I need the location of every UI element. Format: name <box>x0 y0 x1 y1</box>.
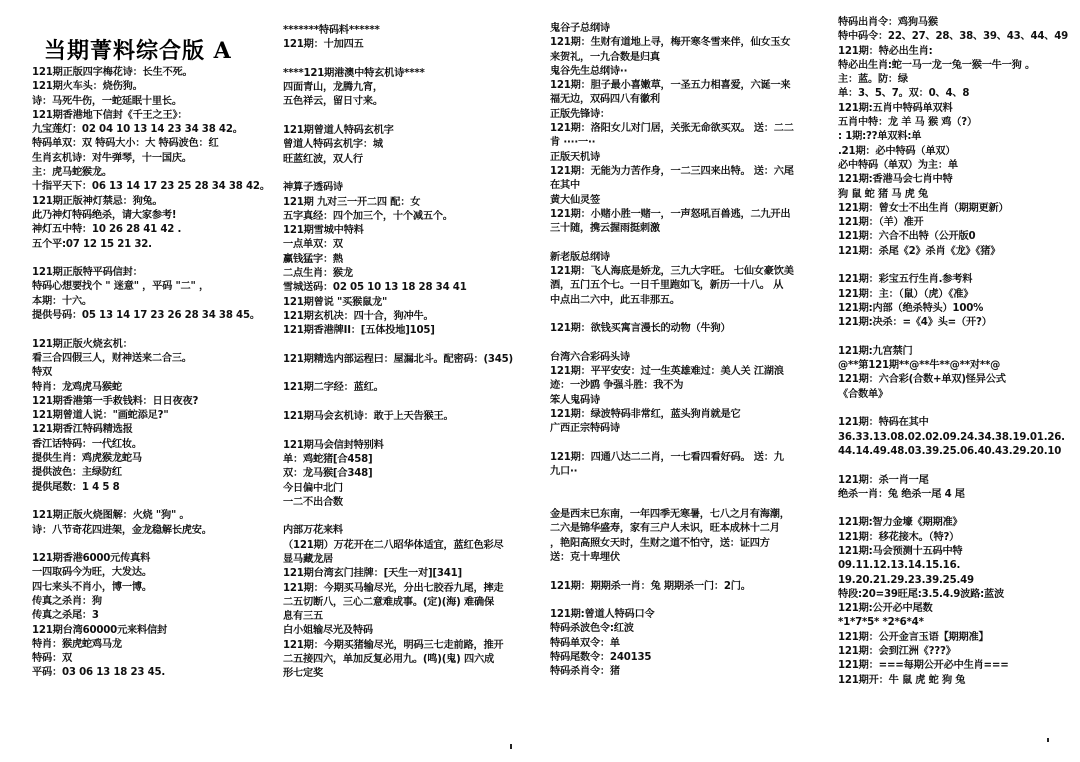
spacer <box>550 236 800 250</box>
text-line: 121期正版神灯禁忌：狗兔。 <box>32 195 272 209</box>
text-line: 121期香港第一手救钱料：日日夜夜? <box>32 395 272 409</box>
text-line: 雪城送码：02 05 10 13 18 28 34 41 <box>283 281 538 295</box>
text-line: 酒，五门五个七。一日千里跑如飞，新历一十八。 从 <box>550 279 800 293</box>
text-line: 121期曾道人特码玄机字 <box>283 124 538 138</box>
text-line: 诗：马死牛伤，一蛇延眠十里长。 <box>32 95 272 109</box>
text-line: 121期:五肖中特码单双料 <box>838 102 1078 116</box>
text-line: 诗：八节奇花四进架，金龙稳解长虎安。 <box>32 524 272 538</box>
text-line: 赢钱猛字：熱 <box>283 253 538 267</box>
text-line: 本期：十六。 <box>32 295 272 309</box>
text-line: 121期：生财有道地上寻，梅开寒冬雪来伴，仙女玉女 <box>550 36 800 50</box>
text-line: 121期:马会预测十五码中特 <box>838 545 1078 559</box>
spacer <box>550 594 800 608</box>
text-line: 121期正版火烧玄机： <box>32 338 272 352</box>
text-line: 36.33.13.08.02.02.09.24.34.38.19.01.26. <box>838 431 1078 445</box>
text-line: 笨人鬼码诗 <box>550 394 800 408</box>
text-line: 121期 九对三一开二四 配：女 <box>283 196 538 210</box>
text-line: 平码：03 06 13 18 23 45. <box>32 666 272 680</box>
text-line: 特码杀波色令:红波 <box>550 622 800 636</box>
text-line: 121期精选内部运程曰：屋漏北斗。配密码：(345) <box>283 353 538 367</box>
text-line: 121期：欲钱买寓言漫长的动物（牛狗） <box>550 322 800 336</box>
text-line: 09.11.12.13.14.15.16. <box>838 559 1078 573</box>
spacer <box>550 437 800 451</box>
text-line: 五色祥云，留日寸来。 <box>283 95 538 109</box>
spacer <box>32 323 272 337</box>
text-line: 特码出肖令：鸡狗马猴 <box>838 16 1078 30</box>
spacer <box>283 339 538 353</box>
text-line: 121期：期期杀一肖：兔 期期杀一门：2门。 <box>550 580 800 594</box>
text-line: 121期香港牌II：[五体投地]105] <box>283 324 538 338</box>
spacer <box>283 424 538 438</box>
text-line: 形七定奖 <box>283 667 538 681</box>
text-line: 提供尾数：1 4 5 8 <box>32 481 272 495</box>
text-line: 特码杀肖令：猪 <box>550 665 800 679</box>
text-line: 121期香港6000元传真料 <box>32 552 272 566</box>
column-1: 121期正版四字梅花诗：长生不死。121期火车头：烧伤狗。诗：马死牛伤，一蛇延眠… <box>32 66 272 681</box>
text-line: 121期：飞人海底是娇龙，三九大字旺。 七仙女豪饮美 <box>550 265 800 279</box>
text-line: 必中特码（单双）为主：单 <box>838 159 1078 173</box>
text-line: 121期：曾女士不出生肖（期期更新） <box>838 202 1078 216</box>
text-line: 看三合四假三人，财神送来二合三。 <box>32 352 272 366</box>
text-line: 一二不出合数 <box>283 496 538 510</box>
text-line: 福无边，双码四八有徽利 <box>550 93 800 107</box>
text-line: 121期：四通八达二二肖，一七看四看好码。 送：九 <box>550 451 800 465</box>
text-line: 特码单双：双 特码大小：大 特码波色：红 <box>32 137 272 151</box>
text-line: 121期开：牛 鼠 虎 蛇 狗 兔 <box>838 674 1078 688</box>
text-line: 旺蓝红波，双人行 <box>283 153 538 167</box>
text-line: 九宝莲灯：02 04 10 13 14 23 34 38 42。 <box>32 123 272 137</box>
text-line: 来贺礼，一九合数是归真 <box>550 51 800 65</box>
column-2: *******特码料******121期：十加四五****121期港澳中特玄机诗… <box>283 24 538 682</box>
spacer <box>838 331 1078 345</box>
text-line: 121期：杀尾《2》杀肖《龙》《猪》 <box>838 245 1078 259</box>
text-line: 121期正版特平码信封： <box>32 266 272 280</box>
text-line: 中点出二六中，此五非那五。 <box>550 294 800 308</box>
text-line: *1*7*5* *2*6*4* <box>838 616 1078 630</box>
spacer <box>283 53 538 67</box>
text-line: 四七来头不肖小，博一博。 <box>32 581 272 595</box>
text-line: 121期：会到江洲《???》 <box>838 645 1078 659</box>
text-line: 神算子透码诗 <box>283 181 538 195</box>
text-line: 送：克十卑埋伏 <box>550 551 800 565</box>
spacer <box>32 495 272 509</box>
text-line: 121期：无能为力苦作身，一二三四来出特。 送：六尾 <box>550 165 800 179</box>
text-line: 广西正宗特码诗 <box>550 422 800 436</box>
text-line: *******特码料****** <box>283 24 538 38</box>
text-line: 《合数单》 <box>838 388 1078 402</box>
text-line: 121期：移花接木。（特?） <box>838 531 1078 545</box>
text-line: 传真之杀尾：3 <box>32 609 272 623</box>
text-line: 121期台湾玄门挂牌：[天生一对][341] <box>283 567 538 581</box>
text-line: 曾道人特码玄机字：城 <box>283 138 538 152</box>
text-line: 五字真经：四个加三个，十个减五个。 <box>283 210 538 224</box>
text-line: 五肖中特：龙 羊 马 猴 鸡（?） <box>838 116 1078 130</box>
text-line: 显马藏龙居 <box>283 553 538 567</box>
text-line: 三十随，携云握雨挺刺激 <box>550 222 800 236</box>
spacer <box>283 396 538 410</box>
text-line: 121期台湾60000元来料信封 <box>32 624 272 638</box>
text-line: 121期：平平安安：过一生英雄难过：美人关 江湖浪 <box>550 365 800 379</box>
text-line: 121期曾道人说："画蛇添足?" <box>32 409 272 423</box>
text-line: 特双 <box>32 366 272 380</box>
text-line: 121期：小赌小胜一赌一，一声怒吼百兽逃，二九开出 <box>550 208 800 222</box>
text-line: ，艳阳高照女天时，生财之道不怕守，送：证四方 <box>550 537 800 551</box>
text-line: 121期：胆子最小喜嫩草，一圣五力相喜爱，六诞一来 <box>550 79 800 93</box>
text-line: 二点生肖：猴龙 <box>283 267 538 281</box>
text-line: 121期：杀一肖一尾 <box>838 474 1078 488</box>
text-line: 正版天机诗 <box>550 151 800 165</box>
text-line: 台湾六合彩码头诗 <box>550 351 800 365</box>
text-line: 特段:20=39旺尾:3.5.4.9波路:蓝波 <box>838 588 1078 602</box>
text-line: 正版先锋诗： <box>550 108 800 122</box>
text-line: 主：蓝。防：绿 <box>838 73 1078 87</box>
text-line: 121期:曾道人特码口令 <box>550 608 800 622</box>
text-line: 鬼谷先生总纲诗·· <box>550 65 800 79</box>
spacer <box>838 402 1078 416</box>
text-line: 121期正版四字梅花诗：长生不死。 <box>32 66 272 80</box>
text-line: 121期：特必出生肖: <box>838 45 1078 59</box>
text-line: 神灯五中特：10 26 28 41 42 . <box>32 223 272 237</box>
text-line: 一四取码今为旺，大发达。 <box>32 566 272 580</box>
text-line: 121期：十加四五 <box>283 38 538 52</box>
text-line: 提供波色：主绿防红 <box>32 466 272 480</box>
text-line: 息有三五 <box>283 610 538 624</box>
text-line: 121期二字经：蓝红。 <box>283 381 538 395</box>
text-line: 121期:九宫禁门 <box>838 345 1078 359</box>
newspaper-page: 当期菁料综合版 A 121期正版四字梅花诗：长生不死。121期火车头：烧伤狗。诗… <box>0 0 1080 762</box>
text-line: 生肖玄机诗：对牛弹琴，十一国庆。 <box>32 152 272 166</box>
text-line: 121期：（羊）准开 <box>838 216 1078 230</box>
scan-speck <box>510 744 512 749</box>
text-line: 单：鸡蛇猪[合458] <box>283 453 538 467</box>
column-3: 鬼谷子总纲诗121期：生财有道地上寻，梅开寒冬雪来伴，仙女玉女来贺礼，一九合数是… <box>550 22 800 680</box>
text-line: 内部万花来料 <box>283 524 538 538</box>
spacer <box>283 110 538 124</box>
text-line: 五个平:07 12 15 21 32. <box>32 238 272 252</box>
spacer <box>550 565 800 579</box>
text-line: 121期：特码在其中 <box>838 416 1078 430</box>
text-line: @**第121期**@**牛**@**对**@ <box>838 359 1078 373</box>
page-title: 当期菁料综合版 A <box>44 34 232 65</box>
text-line: 特必出生肖:蛇一马一龙一兔一猴一牛一狗 。 <box>838 59 1078 73</box>
scan-speck <box>1047 738 1049 742</box>
spacer <box>283 167 538 181</box>
text-line: 121期:内部（绝杀特头）100% <box>838 302 1078 316</box>
spacer <box>550 337 800 351</box>
text-line: （121期）万花开在二八昭华体适宜，蓝红色彩尽 <box>283 539 538 553</box>
spacer <box>283 367 538 381</box>
text-line: 在其中 <box>550 179 800 193</box>
text-line: 白小姐输尽光及特码 <box>283 624 538 638</box>
spacer <box>838 502 1078 516</box>
text-line: 121期香港地下信封《千王之王》： <box>32 109 272 123</box>
text-line: 121期：公开金言玉语【期期准】 <box>838 631 1078 645</box>
text-line: 121期马会信封特别料 <box>283 439 538 453</box>
text-line: 121期：今期买猪输尽光，明码三七走前路，推开 <box>283 639 538 653</box>
spacer <box>32 252 272 266</box>
text-line: 鬼谷子总纲诗 <box>550 22 800 36</box>
text-line: 双：龙马猴[合348] <box>283 467 538 481</box>
text-line: 二六是锦华盛寿，家有三户人未识，旺本成林十二月 <box>550 522 800 536</box>
spacer <box>838 259 1078 273</box>
text-line: 121期:香港马会七肖中特 <box>838 173 1078 187</box>
text-line: 特肖：猴虎蛇鸡马龙 <box>32 638 272 652</box>
text-line: 十指平天下：06 13 14 17 23 25 28 34 38 42。 <box>32 180 272 194</box>
text-line: 今日偏中北门 <box>283 482 538 496</box>
text-line: 黄大仙灵签 <box>550 194 800 208</box>
text-line: 香江话特码：一代红妆。 <box>32 438 272 452</box>
spacer <box>550 308 800 322</box>
text-line: 121期玄机决：四十合，狗冲牛。 <box>283 310 538 324</box>
text-line: 121期：六合不出特（公开版0 <box>838 230 1078 244</box>
text-line: 121期雪城中特料 <box>283 224 538 238</box>
text-line: 特码：双 <box>32 652 272 666</box>
spacer <box>283 510 538 524</box>
spacer <box>838 459 1078 473</box>
text-line: 121期：绿波特码非常红，蓝头狗肖就是它 <box>550 408 800 422</box>
text-line: 新老版总纲诗 <box>550 251 800 265</box>
text-line: 提供号码：05 13 14 17 23 26 28 34 38 45。 <box>32 309 272 323</box>
text-line: 绝杀一肖：兔 绝杀一尾 4 尾 <box>838 488 1078 502</box>
text-line: 121期:智力金壕《期期准》 <box>838 516 1078 530</box>
text-line: .21期：必中特码（单双） <box>838 145 1078 159</box>
text-line: 狗 鼠 蛇 猪 马 虎 兔 <box>838 188 1078 202</box>
text-line: 特码尾数令：240135 <box>550 651 800 665</box>
text-line: 121期：六合彩(合数+单双)怪异公式 <box>838 373 1078 387</box>
text-line: 121期：今期买马输尽光，分出七胶吞九尾，摔走 <box>283 582 538 596</box>
text-line: 44.14.49.48.03.39.25.06.40.43.29.20.10 <box>838 445 1078 459</box>
text-line: 121期：洛阳女儿对门居，关张无命欲买双。 送：二二 <box>550 122 800 136</box>
text-line: 二五切断八，三心二意难成事。(定)(海) 难确保 <box>283 596 538 610</box>
text-line: 特码心想要找个 " 迷意" ，平码 "二" ， <box>32 280 272 294</box>
text-line: ****121期港澳中特玄机诗**** <box>283 67 538 81</box>
text-line: 九口·· <box>550 465 800 479</box>
text-line: 特肖：龙鸡虎马猴蛇 <box>32 381 272 395</box>
column-4: 特码出肖令：鸡狗马猴特中码令：22、27、28、38、39、43、44、4912… <box>838 16 1078 688</box>
text-line: 121期香江特码精选报 <box>32 423 272 437</box>
text-line: 传真之杀肖：狗 <box>32 595 272 609</box>
text-line: 19.20.21.29.23.39.25.49 <box>838 574 1078 588</box>
text-line: 121期马会玄机诗：敢于上天告猴王。 <box>283 410 538 424</box>
text-line: 四面青山，龙腾九宵， <box>283 81 538 95</box>
text-line: 单：3、5、7。双：0、4、8 <box>838 87 1078 101</box>
text-line: 121期:决杀：=《4》头=（开?） <box>838 316 1078 330</box>
text-line: 121期：主：（鼠）（虎）《准》 <box>838 288 1078 302</box>
text-line: 提供生肖：鸡虎猴龙蛇马 <box>32 452 272 466</box>
text-line: 此乃神灯特码绝杀，请大家参考! <box>32 209 272 223</box>
text-line: 121期正版火烧图解：火烧 "狗" 。 <box>32 509 272 523</box>
text-line: 肯 ····一·· <box>550 136 800 150</box>
text-line: 121期火车头：烧伤狗。 <box>32 80 272 94</box>
text-line: 特码单双令：单 <box>550 637 800 651</box>
text-line: 二五接四六，单加反复必用九。(鸣)(鬼) 四六成 <box>283 653 538 667</box>
text-line: 特中码令：22、27、28、38、39、43、44、49 <box>838 30 1078 44</box>
text-line: 121期曾说 "买猴鼠龙" <box>283 296 538 310</box>
spacer <box>32 538 272 552</box>
text-line: 一点单双：双 <box>283 238 538 252</box>
text-line: 121期：===每期公开必中生肖=== <box>838 659 1078 673</box>
text-line: 121期：彩宝五行生肖.参考料 <box>838 273 1078 287</box>
text-line: 迹：一沙鸥 争强斗胜：我不为 <box>550 379 800 393</box>
spacer <box>550 494 800 508</box>
text-line: 金是西末已东南，一年四季无寒暑，七八之月有海潮， <box>550 508 800 522</box>
text-line: : 1期:??单双料:单 <box>838 130 1078 144</box>
text-line: 主：虎马蛇猴龙。 <box>32 166 272 180</box>
text-line: 121期:公开必中尾数 <box>838 602 1078 616</box>
spacer <box>550 480 800 494</box>
